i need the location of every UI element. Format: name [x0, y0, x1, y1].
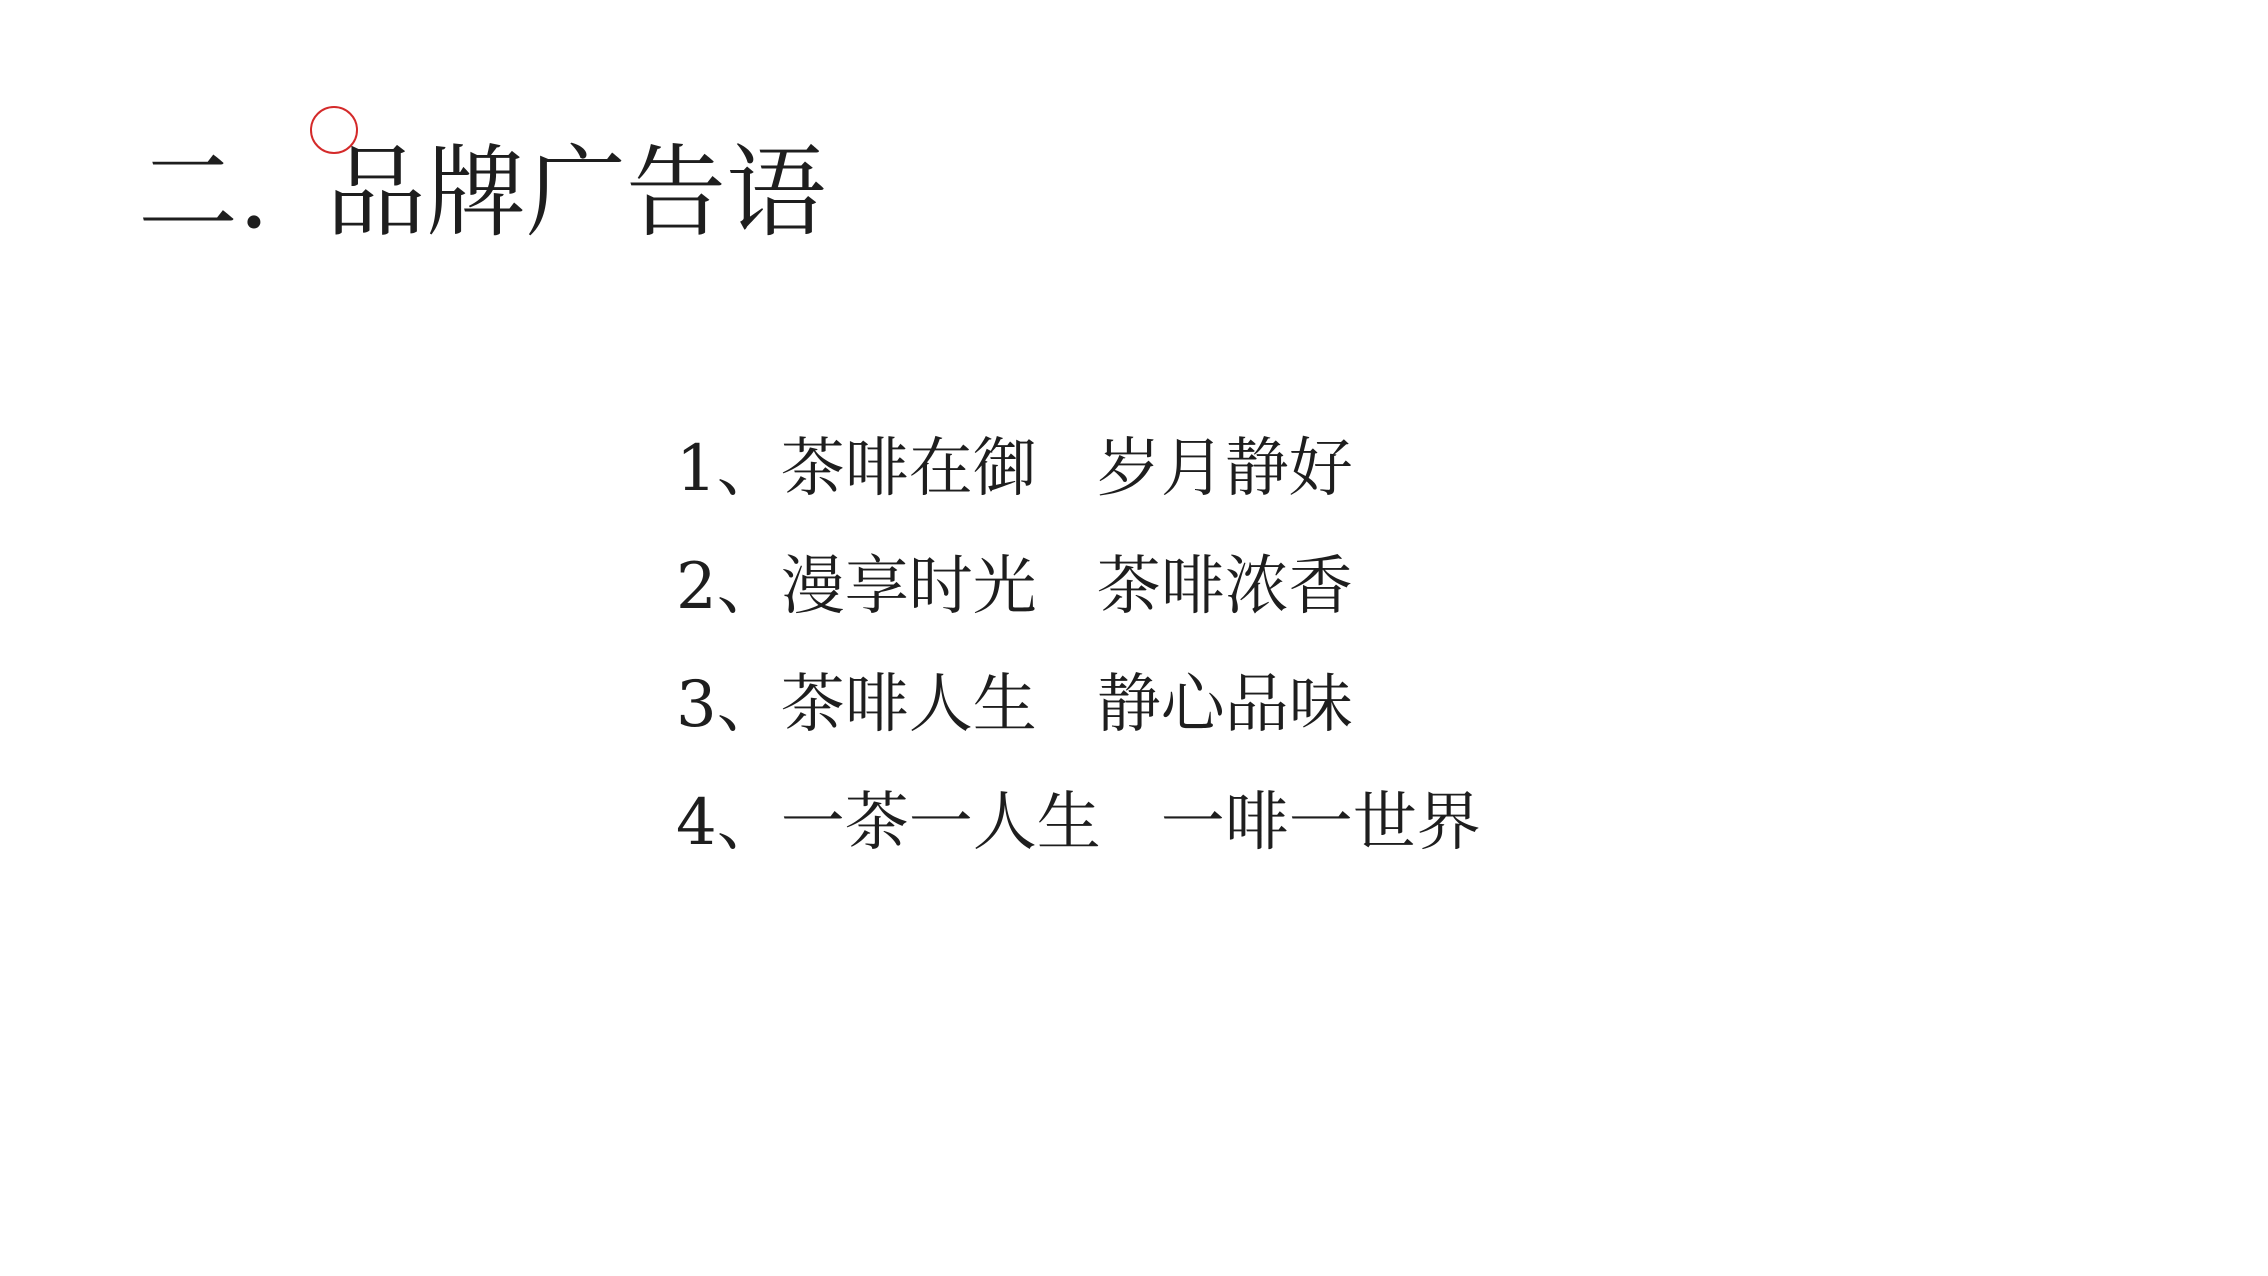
slogan-part-1: 漫享时光	[781, 528, 1037, 646]
slogan-index: 4、	[676, 764, 781, 882]
slogan-spacer	[1101, 764, 1161, 882]
slogan-part-2: 静心品味	[1097, 646, 1353, 764]
slogan-part-2: 茶啡浓香	[1097, 528, 1353, 646]
title-text: 品牌广告语	[326, 118, 826, 268]
slogan-index: 2、	[676, 528, 781, 646]
slogan-index: 1、	[676, 410, 781, 528]
title-number: 二.	[138, 118, 326, 268]
slogan-part-1: 茶啡在御	[781, 410, 1037, 528]
slogan-part-2: 一啡一世界	[1161, 764, 1481, 882]
slogan-item: 2、 漫享时光 茶啡浓香	[676, 528, 1481, 646]
slogan-spacer	[1037, 646, 1097, 764]
slogan-item: 3、 茶啡人生 静心品味	[676, 646, 1481, 764]
slogan-index: 3、	[676, 646, 781, 764]
slogan-spacer	[1037, 528, 1097, 646]
slide-title: 二. 品牌广告语	[138, 118, 826, 268]
slogan-part-1: 茶啡人生	[781, 646, 1037, 764]
slogan-list: 1、 茶啡在御 岁月静好 2、 漫享时光 茶啡浓香 3、 茶啡人生 静心品味 4…	[676, 410, 1481, 882]
slogan-part-1: 一茶一人生	[781, 764, 1101, 882]
slogan-item: 1、 茶啡在御 岁月静好	[676, 410, 1481, 528]
slogan-part-2: 岁月静好	[1097, 410, 1353, 528]
slogan-spacer	[1037, 410, 1097, 528]
slogan-item: 4、 一茶一人生 一啡一世界	[676, 764, 1481, 882]
slide-canvas: 二. 品牌广告语 1、 茶啡在御 岁月静好 2、 漫享时光 茶啡浓香 3、 茶啡…	[0, 0, 2268, 1276]
